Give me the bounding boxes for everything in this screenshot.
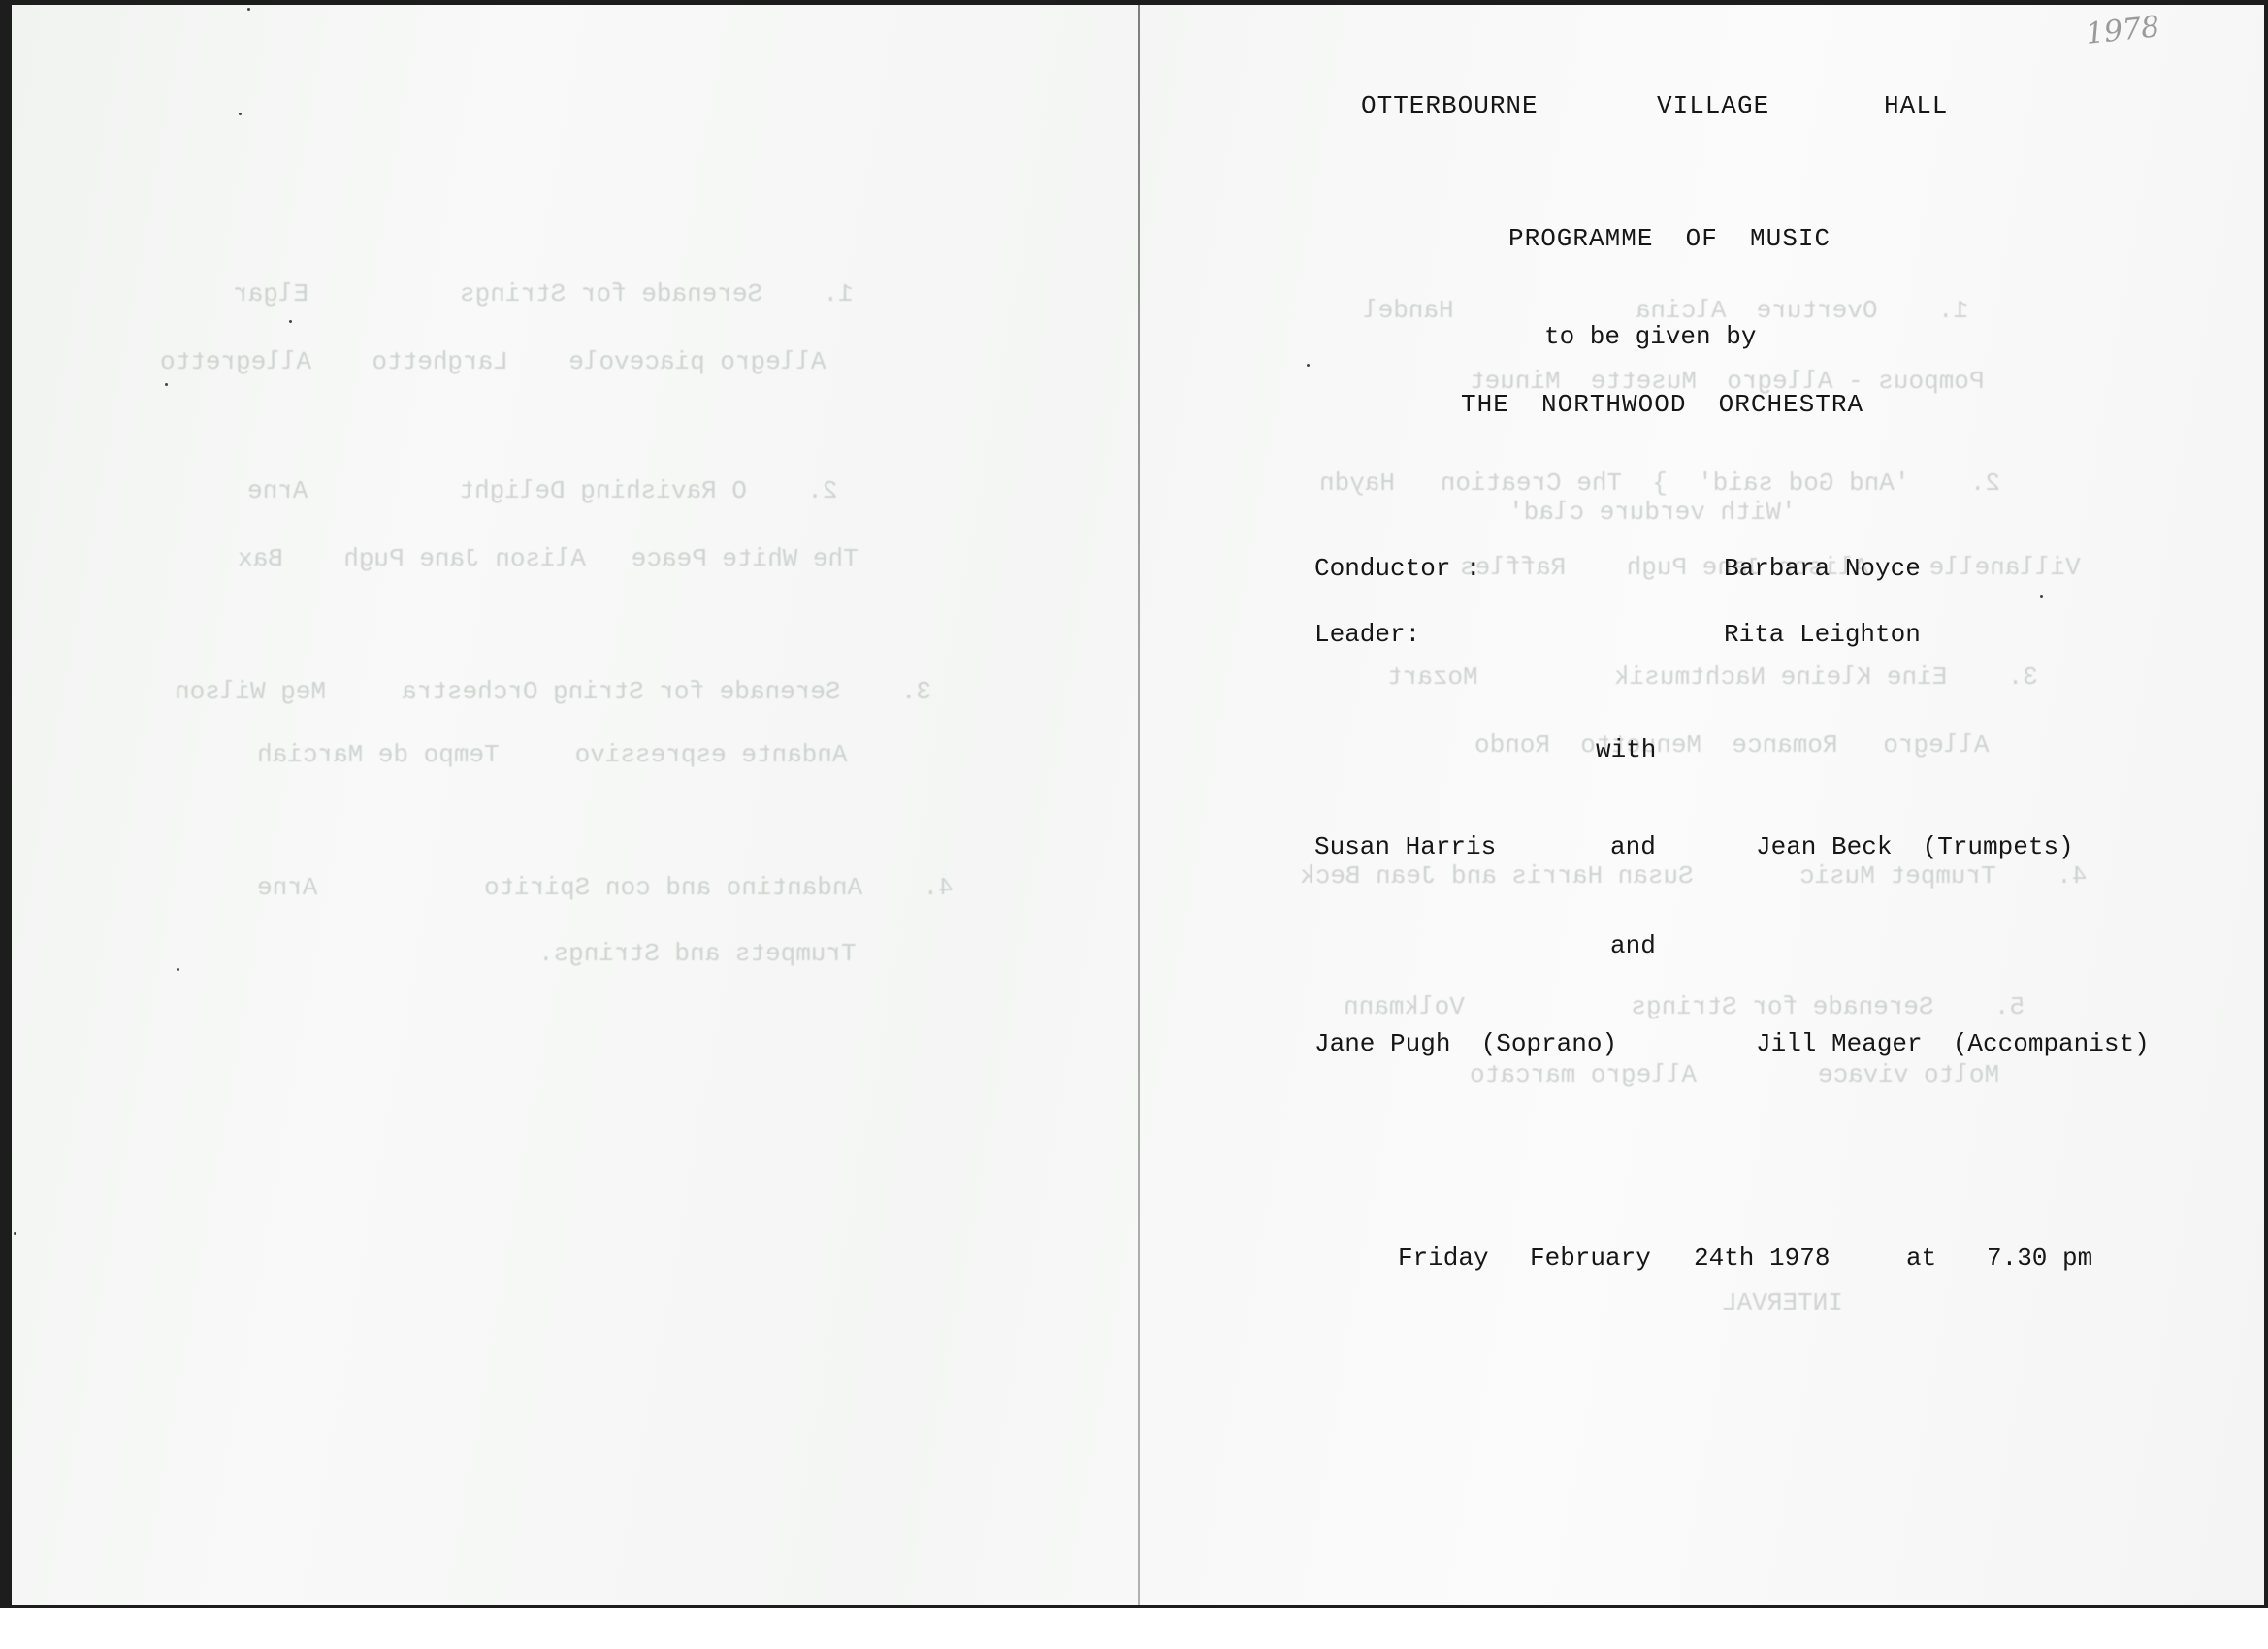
with-text: with (1596, 737, 1656, 762)
paper-speck (247, 8, 250, 11)
show-through-line: 3. Eine Kleine Nachtmusik Mozart (1387, 664, 2038, 690)
venue-word: VILLAGE (1657, 93, 1769, 118)
programme-sheet (12, 5, 2264, 1605)
date-at: at (1906, 1245, 1936, 1271)
paper-speck (177, 968, 179, 971)
soprano: Jane Pugh (Soprano) (1314, 1031, 1617, 1056)
show-through-line: 1. Serenade for Strings Elgar (233, 281, 854, 307)
conductor-label: Conductor : (1314, 556, 1481, 581)
date-year: 24th 1978 (1694, 1245, 1830, 1271)
trumpeter-2: Jean Beck (Trumpets) (1756, 834, 2074, 859)
show-through-line: The White Peace Alison Jane Pugh Bax (238, 546, 859, 571)
show-through-line: 4. Andantino and con Spirito Arne (257, 875, 954, 900)
date-month: February (1530, 1245, 1651, 1271)
and-text: and (1610, 834, 1656, 859)
paper-speck (2040, 595, 2043, 598)
paper-speck (14, 1232, 16, 1235)
show-through-line: 'With verdure clad' (1508, 500, 1796, 525)
date-time: 7.30 pm (1987, 1245, 2092, 1271)
programme-title: PROGRAMME OF MUSIC (1508, 226, 1831, 251)
show-through-line: 1. Overture Alcina Handel (1363, 298, 1968, 323)
show-through-line: 4. Trumpet Music Susan Harris and Jean B… (1300, 863, 2087, 889)
show-through-line: 5. Serenade for Strings Volkmann (1344, 994, 2025, 1019)
show-through-line: Molto vivace Allegro marcato (1470, 1062, 1999, 1087)
fold-crease (1138, 5, 1140, 1605)
show-through-line: 2. O Ravishing Delight Arne (247, 478, 838, 503)
orchestra-name: THE NORTHWOOD ORCHESTRA (1461, 392, 1863, 417)
paper-speck (1307, 364, 1310, 367)
leader-label: Leader: (1314, 622, 1420, 647)
show-through-line: Allegro piacevole Larghetto Allegretto (160, 349, 826, 374)
and-text: and (1610, 933, 1656, 958)
paper-speck (289, 320, 292, 323)
leader-name: Rita Leighton (1724, 622, 1921, 647)
show-through-line: Allegro Romance Menuetto Rondo (1474, 732, 1990, 758)
show-through-line: 3. Serenade for String Orchestra Meg Wil… (175, 679, 931, 704)
show-through-line: 2. 'And God said' } The Creation Haydn (1319, 470, 2000, 496)
paper-speck (239, 113, 242, 115)
venue-word: OTTERBOURNE (1361, 93, 1539, 118)
conductor-name: Barbara Noyce (1724, 556, 1921, 581)
venue-word: HALL (1884, 93, 1948, 118)
date-day: Friday (1398, 1245, 1489, 1271)
left-page (12, 5, 1140, 1605)
show-through-line: INTERVAL (1722, 1290, 1843, 1315)
trumpeter-1: Susan Harris (1314, 834, 1496, 859)
accompanist: Jill Meager (Accompanist) (1756, 1031, 2150, 1056)
show-through-line: Trumpets and Strings. (538, 941, 857, 966)
paper-speck (165, 383, 168, 386)
given-by-text: to be given by (1544, 324, 1756, 349)
show-through-line: Andante espressivo Tempo de Marciah (257, 742, 848, 767)
